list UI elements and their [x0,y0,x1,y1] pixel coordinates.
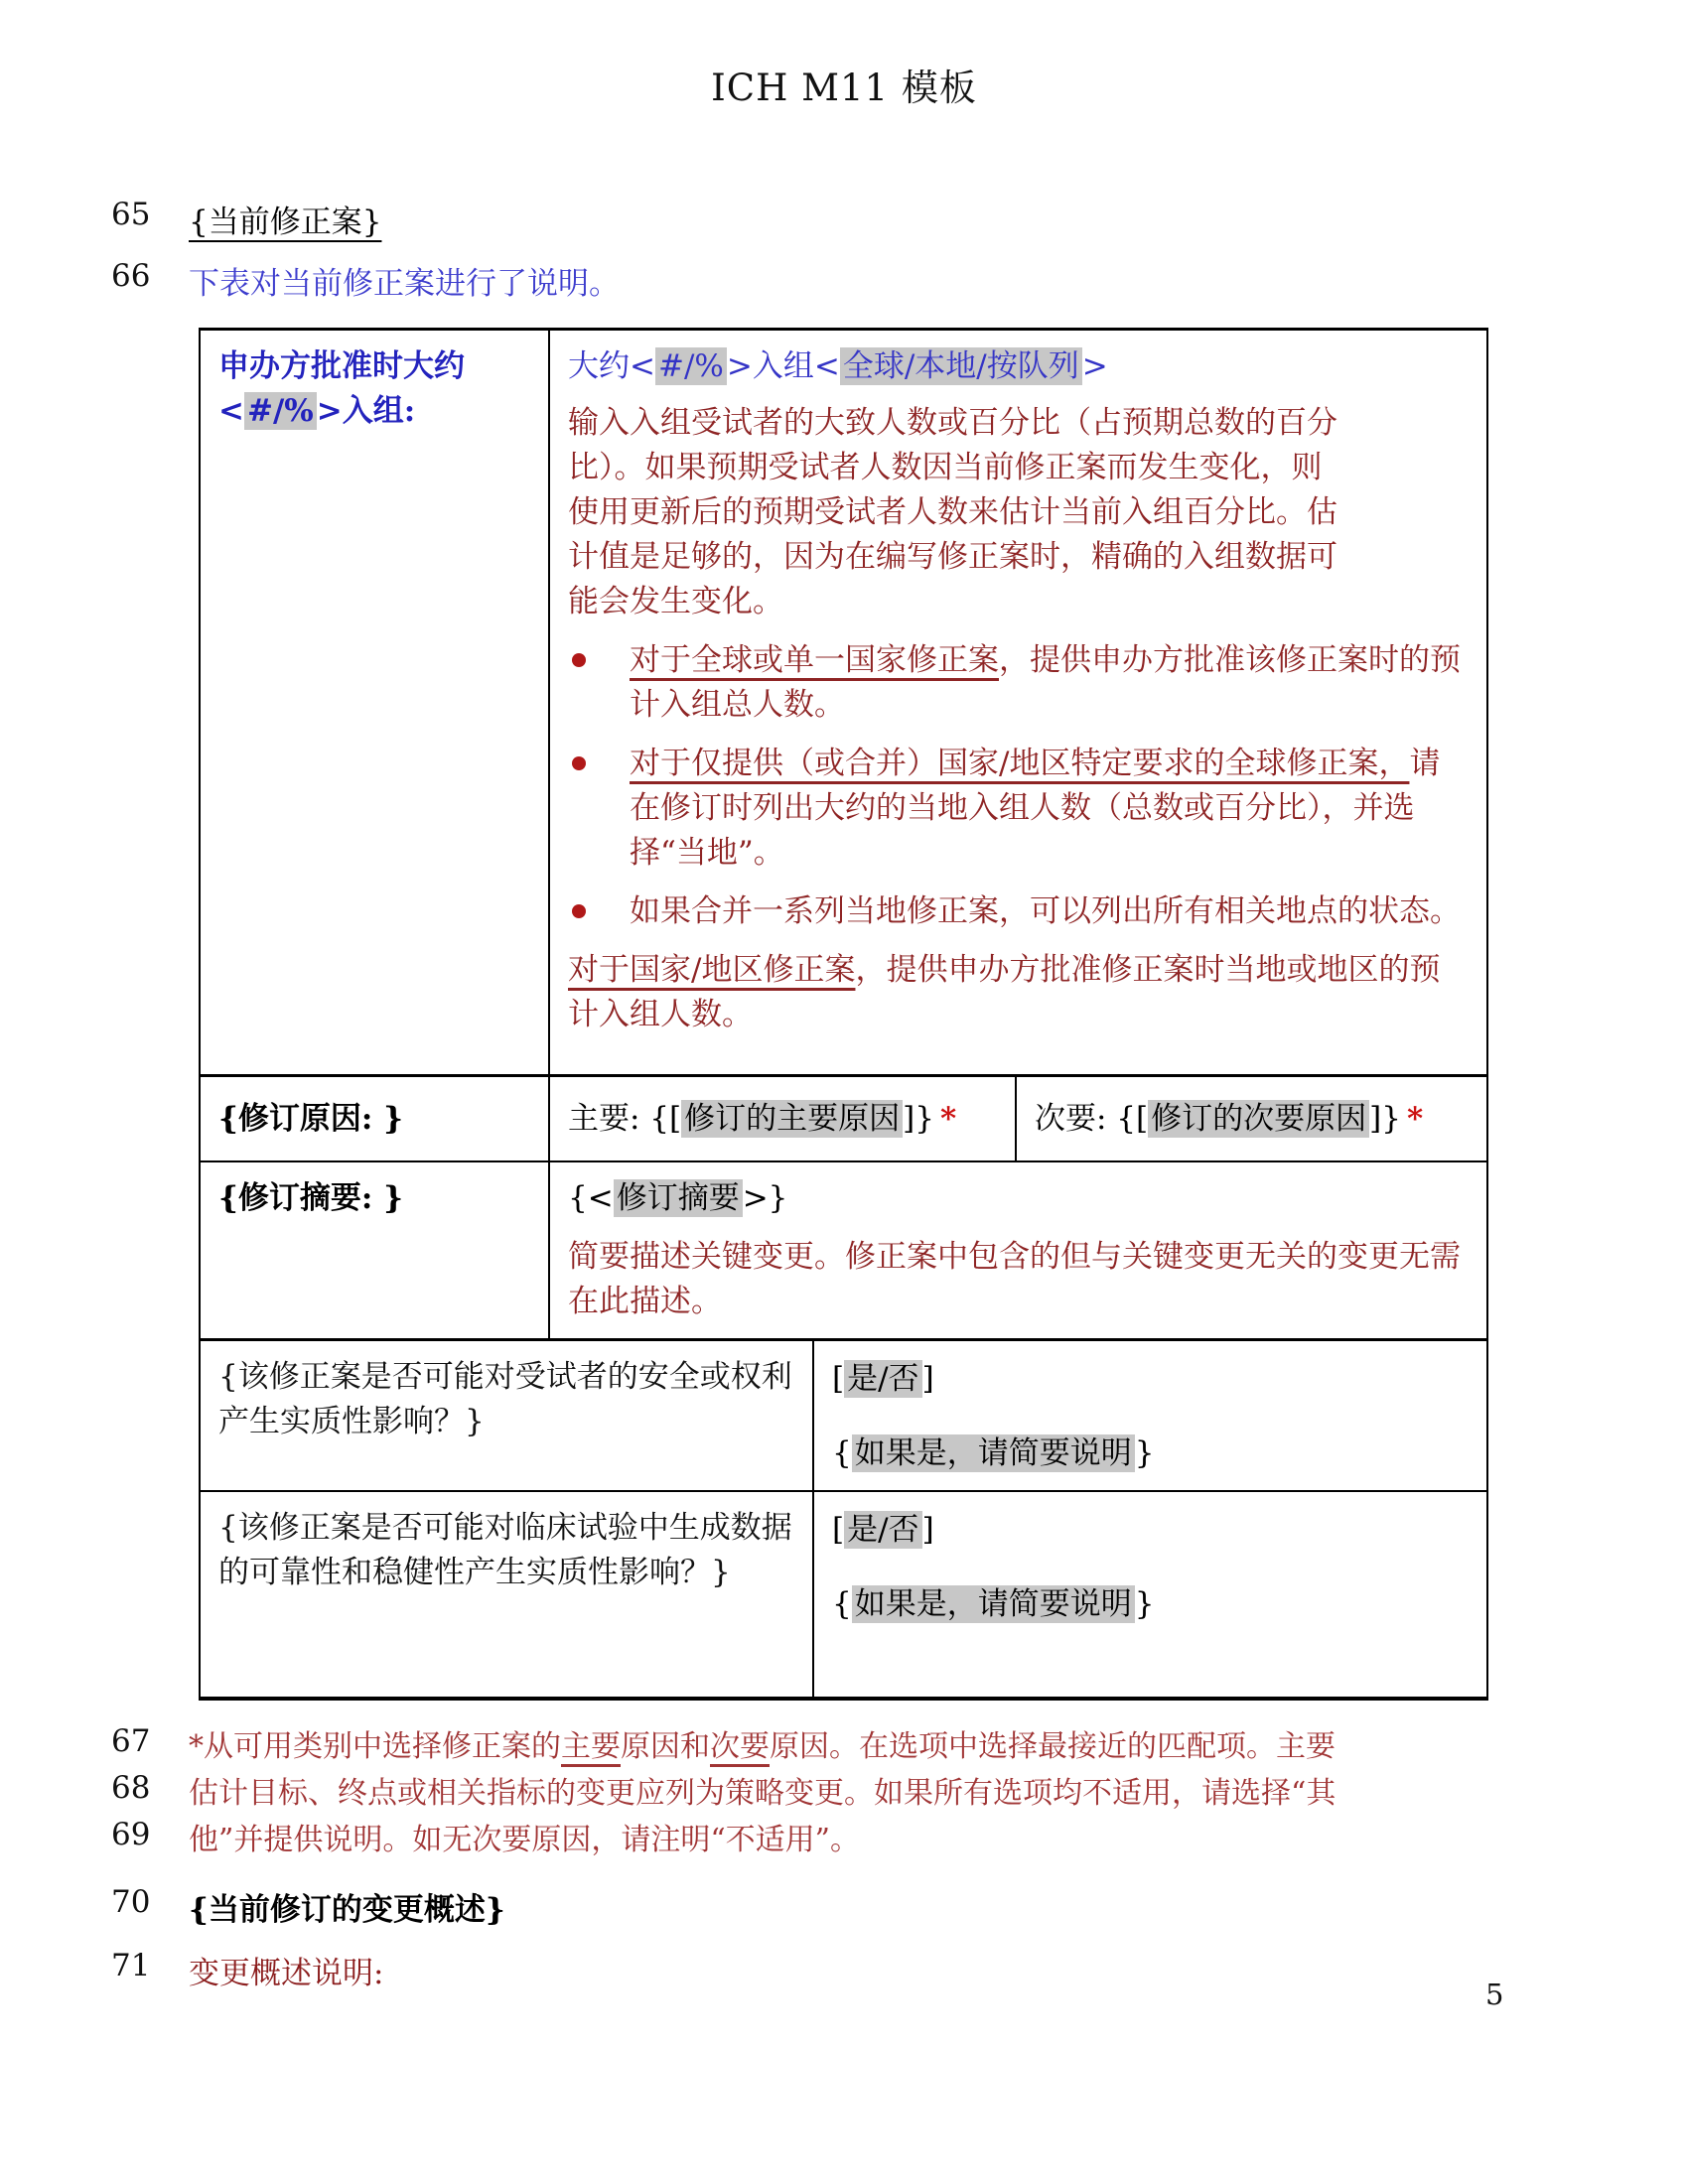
asterisk-marker: * [940,1101,956,1137]
yes-no-field: [是/否] [832,1508,1469,1553]
text-segment: *从可用类别中选择修正案的 [189,1729,561,1764]
heading-change-overview: {当前修订的变更概述} [189,1884,505,1929]
enrolment-label-tail: 入组: [343,393,415,429]
bullet-text: 对于全球或单一国家修正案，提供申办方批准该修正案时的预计入组总人数。 [630,638,1469,728]
text-segment: ]} [903,1101,934,1137]
table-row-enrolment: 申办方批准时大约 <#/%>入组: 大约<#/%>入组<全球/本地/按队列> 输… [201,331,1486,1077]
text-segment: {< [568,1180,614,1216]
intro-sentence: 下表对当前修正案进行了说明。 [189,258,620,303]
revision-summary-instruction: 简要描述关键变更。修正案中包含的但与关键变更无关的变更无需在此描述。 [568,1235,1469,1324]
text-segment: ]} [1369,1101,1401,1137]
line-number-66: 66 [111,258,150,294]
placeholder-if-yes-explain: 如果是，请简要说明 [852,1434,1135,1472]
bullet-global-with-regional: 对于仅提供（或合并）国家/地区特定要求的全球修正案，请在修订时列出大约的当地入组… [570,742,1469,876]
text-segment: ] [922,1512,934,1548]
text-segment: 大约 [568,348,630,384]
text-segment: 次要: {[ [1035,1101,1148,1137]
placeholder-yes-no: 是/否 [844,1360,921,1398]
table-row-revision-summary: {修订摘要: } {<修订摘要>} 简要描述关键变更。修正案中包含的但与关键变更… [201,1162,1486,1341]
asterisk-marker: * [1407,1101,1423,1137]
underlined-phrase: 对于国家/地区修正案 [568,952,855,988]
heading-current-amendment: {当前修正案} [189,197,381,241]
text-segment: } [1135,1586,1155,1622]
table-row-data-reliability: {该修正案是否可能对临床试验中生成数据的可靠性和稳健性产生实质性影响？} [是/… [201,1492,1486,1697]
text-segment: [ [832,1512,844,1548]
placeholder-secondary-reason: 修订的次要原因 [1148,1100,1369,1138]
text-segment: >} [743,1180,788,1216]
change-overview-caption: 变更概述说明: [189,1948,383,1992]
primary-reason-cell: 主要: {[修订的主要原因]}* [550,1077,1017,1160]
page-number: 5 [1485,1978,1503,2011]
bullet-icon [572,904,586,918]
revision-summary-label-cell: {修订摘要: } [201,1162,550,1338]
footnote-text-3: 他”并提供说明。如无次要原因，请注明“不适用”。 [189,1817,860,1863]
text-segment: ] [922,1361,934,1397]
revision-reason-label-cell: {修订原因: } [201,1077,550,1160]
revision-summary-value-cell: {<修订摘要>} 简要描述关键变更。修正案中包含的但与关键变更无关的变更无需在此… [550,1162,1486,1338]
safety-impact-answer-cell: [是/否] {如果是，请简要说明} [814,1341,1486,1490]
line-number-67: 67 [111,1723,150,1759]
bullet-text: 对于仅提供（或合并）国家/地区特定要求的全球修正案，请在修订时列出大约的当地入组… [630,742,1469,876]
line-number-71: 71 [111,1948,150,1983]
angle-open: < [218,393,244,429]
placeholder-primary-reason: 修订的主要原因 [681,1100,903,1138]
text-segment: 原因。在选项中选择最接近的匹配项。主要 [770,1729,1336,1764]
enrolment-label-line2: <#/%>入组: [218,389,530,434]
placeholder-number-percent: #/% [244,392,317,430]
if-yes-explain-field: {如果是，请简要说明} [832,1432,1469,1476]
angle-open: < [814,348,840,384]
enrolment-closing-note: 对于国家/地区修正案，提供申办方批准修正案时当地或地区的预计入组人数。 [568,948,1469,1037]
placeholder-yes-no: 是/否 [844,1511,921,1549]
enrolment-value-cell: 大约<#/%>入组<全球/本地/按队列> 输入入组受试者的大致人数或百分比（占预… [550,331,1486,1074]
text-segment: 原因和 [621,1729,710,1764]
enrolment-label-line1: 申办方批准时大约 [218,344,530,389]
bullet-merged-local: 如果合并一系列当地修正案，可以列出所有相关地点的状态。 [570,889,1469,934]
text-segment: { [832,1586,852,1622]
placeholder-revision-summary: 修订摘要 [614,1179,743,1217]
document-page: ICH M11 模板 65 {当前修正案} 66 下表对当前修正案进行了说明。 … [0,0,1688,2184]
page-title: ICH M11 模板 [0,58,1688,111]
angle-open: < [630,348,655,384]
text-segment: [ [832,1361,844,1397]
enrolment-instruction: 输入入组受试者的大致人数或百分比（占预期总数的百分比）。如果预期受试者人数因当前… [568,401,1352,624]
underlined-phrase: 对于仅提供（或合并）国家/地区特定要求的全球修正案， [630,746,1409,781]
underlined-phrase: 对于全球或单一国家修正案 [630,642,999,678]
if-yes-explain-field: {如果是，请简要说明} [832,1582,1469,1627]
bullet-global-single-country: 对于全球或单一国家修正案，提供申办方批准该修正案时的预计入组总人数。 [570,638,1469,728]
text-segment: } [1135,1435,1155,1471]
line-number-68: 68 [111,1770,150,1806]
yes-no-field: [是/否] [832,1357,1469,1402]
table-row-safety-impact: {该修正案是否可能对受试者的安全或权利产生实质性影响？} [是/否] {如果是，… [201,1341,1486,1492]
angle-close: > [1082,348,1108,384]
line-number-70: 70 [111,1884,150,1920]
placeholder-if-yes-explain: 如果是，请简要说明 [852,1585,1135,1623]
text-segment: 主要: {[ [568,1101,681,1137]
text-segment: { [832,1435,852,1471]
bullet-icon [572,653,586,667]
text-segment: 入组 [753,348,814,384]
current-amendment-table: 申办方批准时大约 <#/%>入组: 大约<#/%>入组<全球/本地/按队列> 输… [199,328,1488,1701]
safety-impact-question-cell: {该修正案是否可能对受试者的安全或权利产生实质性影响？} [201,1341,814,1490]
revision-summary-placeholder: {<修订摘要>} [568,1176,1469,1221]
enrolment-value-line: 大约<#/%>入组<全球/本地/按队列> [568,344,1469,389]
underlined-phrase: 次要 [710,1729,770,1764]
footnote-text-1: *从可用类别中选择修正案的主要原因和次要原因。在选项中选择最接近的匹配项。主要 [189,1723,1336,1770]
enrolment-label-cell: 申办方批准时大约 <#/%>入组: [201,331,550,1074]
underlined-phrase: 主要 [561,1729,621,1764]
placeholder-global-local-cohort: 全球/本地/按队列 [840,347,1082,385]
line-number-69: 69 [111,1817,150,1852]
data-reliability-answer-cell: [是/否] {如果是，请简要说明} [814,1492,1486,1697]
table-row-revision-reason: {修订原因: } 主要: {[修订的主要原因]}* 次要: {[修订的次要原因]… [201,1077,1486,1162]
angle-close: > [727,348,753,384]
angle-close: > [317,393,343,429]
line-number-65: 65 [111,197,150,232]
placeholder-number-percent: #/% [655,347,727,385]
footnote-text-2: 估计目标、终点或相关指标的变更应列为策略变更。如果所有选项均不适用，请选择“其 [189,1770,1336,1817]
bullet-icon [572,756,586,770]
secondary-reason-cell: 次要: {[修订的次要原因]}* [1017,1077,1486,1160]
bullet-text: 如果合并一系列当地修正案，可以列出所有相关地点的状态。 [630,889,1469,934]
text-segment: 如果合并一系列当地修正案，可以列出所有相关地点的状态。 [630,893,1461,929]
data-reliability-question-cell: {该修正案是否可能对临床试验中生成数据的可靠性和稳健性产生实质性影响？} [201,1492,814,1697]
